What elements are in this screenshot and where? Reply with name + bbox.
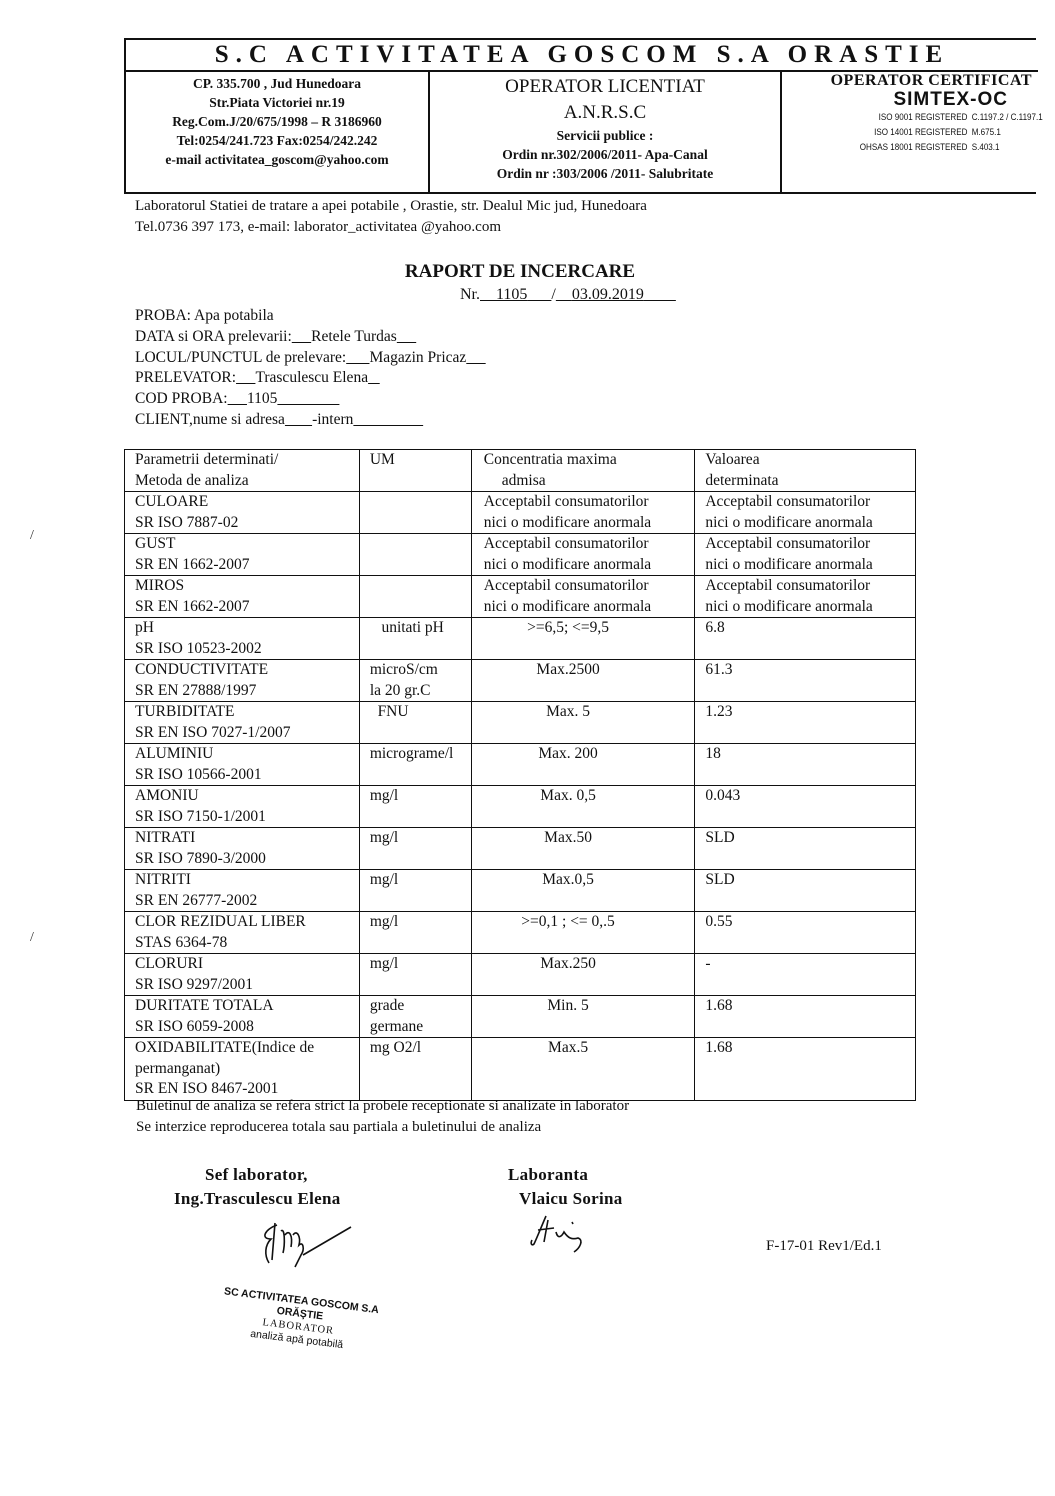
iso-registration: ISO 14001 REGISTEREDM.675.1 <box>820 125 1038 140</box>
parameter-cell: OXIDABILITATE(Indice de permanganat)SR E… <box>125 1038 360 1101</box>
determined-value-cell: 0.55 <box>695 912 916 954</box>
parameter-cell: CLORURISR ISO 9297/2001 <box>125 954 360 996</box>
report-number: Nr. 1105 / 03.09.2019 <box>460 286 676 304</box>
parameter-cell: DURITATE TOTALASR ISO 6059-2008 <box>125 996 360 1038</box>
email-line: e-mail activitatea_goscom@yahoo.com <box>126 150 428 169</box>
unit-cell <box>359 492 471 534</box>
max-concentration-cell: Min. 5 <box>471 996 695 1038</box>
iso-registration: ISO 9001 REGISTEREDC.1197.2 / C.1197.1 <box>820 110 1038 125</box>
header-unit: UM <box>359 450 471 492</box>
unit-cell: mg O2/l <box>359 1038 471 1101</box>
determined-value-cell: 1.23 <box>695 702 916 744</box>
license-title: OPERATOR LICENTIAT <box>430 74 780 100</box>
table-row: GUSTSR EN 1662-2007Acceptabil consumator… <box>125 534 916 576</box>
report-title: RAPORT DE INCERCARE <box>0 261 1040 283</box>
order-line: Ordin nr.302/2006/2011- Apa-Canal <box>430 145 780 164</box>
table-row: OXIDABILITATE(Indice de permanganat)SR E… <box>125 1038 916 1101</box>
sample-code-line: COD PROBA: 1105 <box>135 389 339 409</box>
max-concentration-cell: Max. 5 <box>471 702 695 744</box>
laboratory-address: Laboratorul Statiei de tratare a apei po… <box>135 198 647 215</box>
unit-cell: microS/cmla 20 gr.C <box>359 660 471 702</box>
sampler-line: PRELEVATOR: Trasculescu Elena <box>135 368 380 388</box>
scan-mark: / <box>30 528 34 544</box>
header-parameter: Parametrii determinati/Metoda de analiza <box>125 450 360 492</box>
determined-value-cell: Acceptabil consumatorilornici o modifica… <box>695 534 916 576</box>
reproduction-note: Se interzice reproducerea totala sau par… <box>136 1119 541 1136</box>
determined-value-cell: 1.68 <box>695 996 916 1038</box>
unit-cell <box>359 534 471 576</box>
parameter-cell: MIROSSR EN 1662-2007 <box>125 576 360 618</box>
unit-cell: mg/l <box>359 912 471 954</box>
unit-cell: mg/l <box>359 870 471 912</box>
determined-value-cell: 18 <box>695 744 916 786</box>
parameter-cell: GUSTSR EN 1662-2007 <box>125 534 360 576</box>
table-row: MIROSSR EN 1662-2007Acceptabil consumato… <box>125 576 916 618</box>
lab-technician-role: Laboranta <box>508 1165 588 1185</box>
table-row: NITRATISR ISO 7890-3/2000mg/lMax.50SLD <box>125 828 916 870</box>
registration-line: Reg.Com.J/20/675/1998 – R 3186960 <box>126 112 428 131</box>
max-concentration-cell: Max. 200 <box>471 744 695 786</box>
unit-cell <box>359 576 471 618</box>
parameter-cell: NITRITISR EN 26777-2002 <box>125 870 360 912</box>
scan-mark: / <box>30 930 34 946</box>
head-lab-signature <box>255 1215 365 1270</box>
table-row: CLORURISR ISO 9297/2001mg/lMax.250- <box>125 954 916 996</box>
head-lab-role: Sef laborator, <box>205 1165 308 1185</box>
certification-title: OPERATOR CERTIFICAT <box>782 72 1038 90</box>
company-title: S.C ACTIVITATEA GOSCOM S.A ORASTIE <box>126 40 1038 72</box>
header-max-concentration: Concentratia maximaadmisa <box>471 450 695 492</box>
table-row: AMONIUSR ISO 7150-1/2001mg/lMax. 0,50.04… <box>125 786 916 828</box>
laboratory-stamp: SC ACTIVITATEA GOSCOM S.A ORĂŞTIE LABORA… <box>192 1282 407 1359</box>
unit-cell: unitati pH <box>359 618 471 660</box>
certifier-logo: SIMTEX-OC <box>782 90 1038 110</box>
determined-value-cell: 61.3 <box>695 660 916 702</box>
results-table: Parametrii determinati/Metoda de analiza… <box>124 449 916 1101</box>
max-concentration-cell: Max. 0,5 <box>471 786 695 828</box>
unit-cell: mg/l <box>359 828 471 870</box>
determined-value-cell: 1.68 <box>695 1038 916 1101</box>
table-row: CONDUCTIVITATESR EN 27888/1997microS/cml… <box>125 660 916 702</box>
max-concentration-cell: Acceptabil consumatorilornici o modifica… <box>471 534 695 576</box>
order-line: Ordin nr :303/2006 /2011- Salubritate <box>430 164 780 183</box>
services-label: Servicii publice : <box>430 126 780 145</box>
table-row: TURBIDITATESR EN ISO 7027-1/2007 FNUMax.… <box>125 702 916 744</box>
table-row: NITRITISR EN 26777-2002mg/lMax.0,5SLD <box>125 870 916 912</box>
unit-cell: gradegermane <box>359 996 471 1038</box>
license-block: OPERATOR LICENTIAT A.N.R.S.C Servicii pu… <box>430 72 782 192</box>
parameter-cell: ALUMINIUSR ISO 10566-2001 <box>125 744 360 786</box>
sampling-date-line: DATA si ORA prelevarii: Retele Turdas <box>135 327 416 347</box>
license-authority: A.N.R.S.C <box>430 100 780 126</box>
determined-value-cell: - <box>695 954 916 996</box>
lab-technician-name: Vlaicu Sorina <box>519 1189 623 1209</box>
unit-cell: micrograme/l <box>359 744 471 786</box>
max-concentration-cell: >=6,5; <=9,5 <box>471 618 695 660</box>
parameter-cell: NITRATISR ISO 7890-3/2000 <box>125 828 360 870</box>
parameter-cell: CONDUCTIVITATESR EN 27888/1997 <box>125 660 360 702</box>
determined-value-cell: 6.8 <box>695 618 916 660</box>
determined-value-cell: Acceptabil consumatorilornici o modifica… <box>695 576 916 618</box>
parameter-cell: AMONIUSR ISO 7150-1/2001 <box>125 786 360 828</box>
unit-cell: mg/l <box>359 786 471 828</box>
parameter-cell: pHSR ISO 10523-2002 <box>125 618 360 660</box>
parameter-cell: CLOR REZIDUAL LIBERSTAS 6364-78 <box>125 912 360 954</box>
max-concentration-cell: Max.50 <box>471 828 695 870</box>
table-row: CLOR REZIDUAL LIBERSTAS 6364-78mg/l>=0,1… <box>125 912 916 954</box>
unit-cell: mg/l <box>359 954 471 996</box>
max-concentration-cell: >=0,1 ; <= 0,.5 <box>471 912 695 954</box>
report-date: 03.09.2019 <box>572 286 644 303</box>
max-concentration-cell: Max.2500 <box>471 660 695 702</box>
table-row: pHSR ISO 10523-2002 unitati pH>=6,5; <=9… <box>125 618 916 660</box>
determined-value-cell: SLD <box>695 870 916 912</box>
unit-cell: FNU <box>359 702 471 744</box>
phone-fax-line: Tel:0254/241.723 Fax:0254/242.242 <box>126 131 428 150</box>
table-row: ALUMINIUSR ISO 10566-2001micrograme/lMax… <box>125 744 916 786</box>
parameter-cell: TURBIDITATESR EN ISO 7027-1/2007 <box>125 702 360 744</box>
form-code: F-17-01 Rev1/Ed.1 <box>766 1238 882 1255</box>
sampling-location-line: LOCUL/PUNCTUL de prelevare: Magazin Pric… <box>135 348 486 368</box>
table-row: DURITATE TOTALASR ISO 6059-2008gradegerm… <box>125 996 916 1038</box>
table-header-row: Parametrii determinati/Metoda de analiza… <box>125 450 916 492</box>
max-concentration-cell: Max.250 <box>471 954 695 996</box>
address-line: CP. 335.700 , Jud Hunedoara <box>126 74 428 93</box>
lab-technician-signature <box>528 1210 598 1260</box>
client-line: CLIENT,nume si adresa -intern <box>135 410 423 430</box>
parameter-cell: CULOARESR ISO 7887-02 <box>125 492 360 534</box>
certification-block: OPERATOR CERTIFICAT SIMTEX-OC ISO 9001 R… <box>782 72 1038 192</box>
company-address-block: CP. 335.700 , Jud Hunedoara Str.Piata Vi… <box>126 72 430 192</box>
disclaimer-note: Buletinul de analiza se refera strict la… <box>136 1098 629 1115</box>
determined-value-cell: 0.043 <box>695 786 916 828</box>
table-row: CULOARESR ISO 7887-02Acceptabil consumat… <box>125 492 916 534</box>
determined-value-cell: SLD <box>695 828 916 870</box>
max-concentration-cell: Acceptabil consumatorilornici o modifica… <box>471 576 695 618</box>
max-concentration-cell: Max.5 <box>471 1038 695 1101</box>
sample-type: PROBA: Apa potabila <box>135 306 274 326</box>
max-concentration-cell: Max.0,5 <box>471 870 695 912</box>
head-lab-name: Ing.Trasculescu Elena <box>174 1189 341 1209</box>
iso-registration: OHSAS 18001 REGISTEREDS.403.1 <box>820 140 1038 155</box>
header-determined-value: Valoareadeterminata <box>695 450 916 492</box>
letterhead: S.C ACTIVITATEA GOSCOM S.A ORASTIE CP. 3… <box>124 38 1036 194</box>
max-concentration-cell: Acceptabil consumatorilornici o modifica… <box>471 492 695 534</box>
laboratory-contact: Tel.0736 397 173, e-mail: laborator_acti… <box>135 219 501 236</box>
address-line: Str.Piata Victoriei nr.19 <box>126 93 428 112</box>
determined-value-cell: Acceptabil consumatorilornici o modifica… <box>695 492 916 534</box>
